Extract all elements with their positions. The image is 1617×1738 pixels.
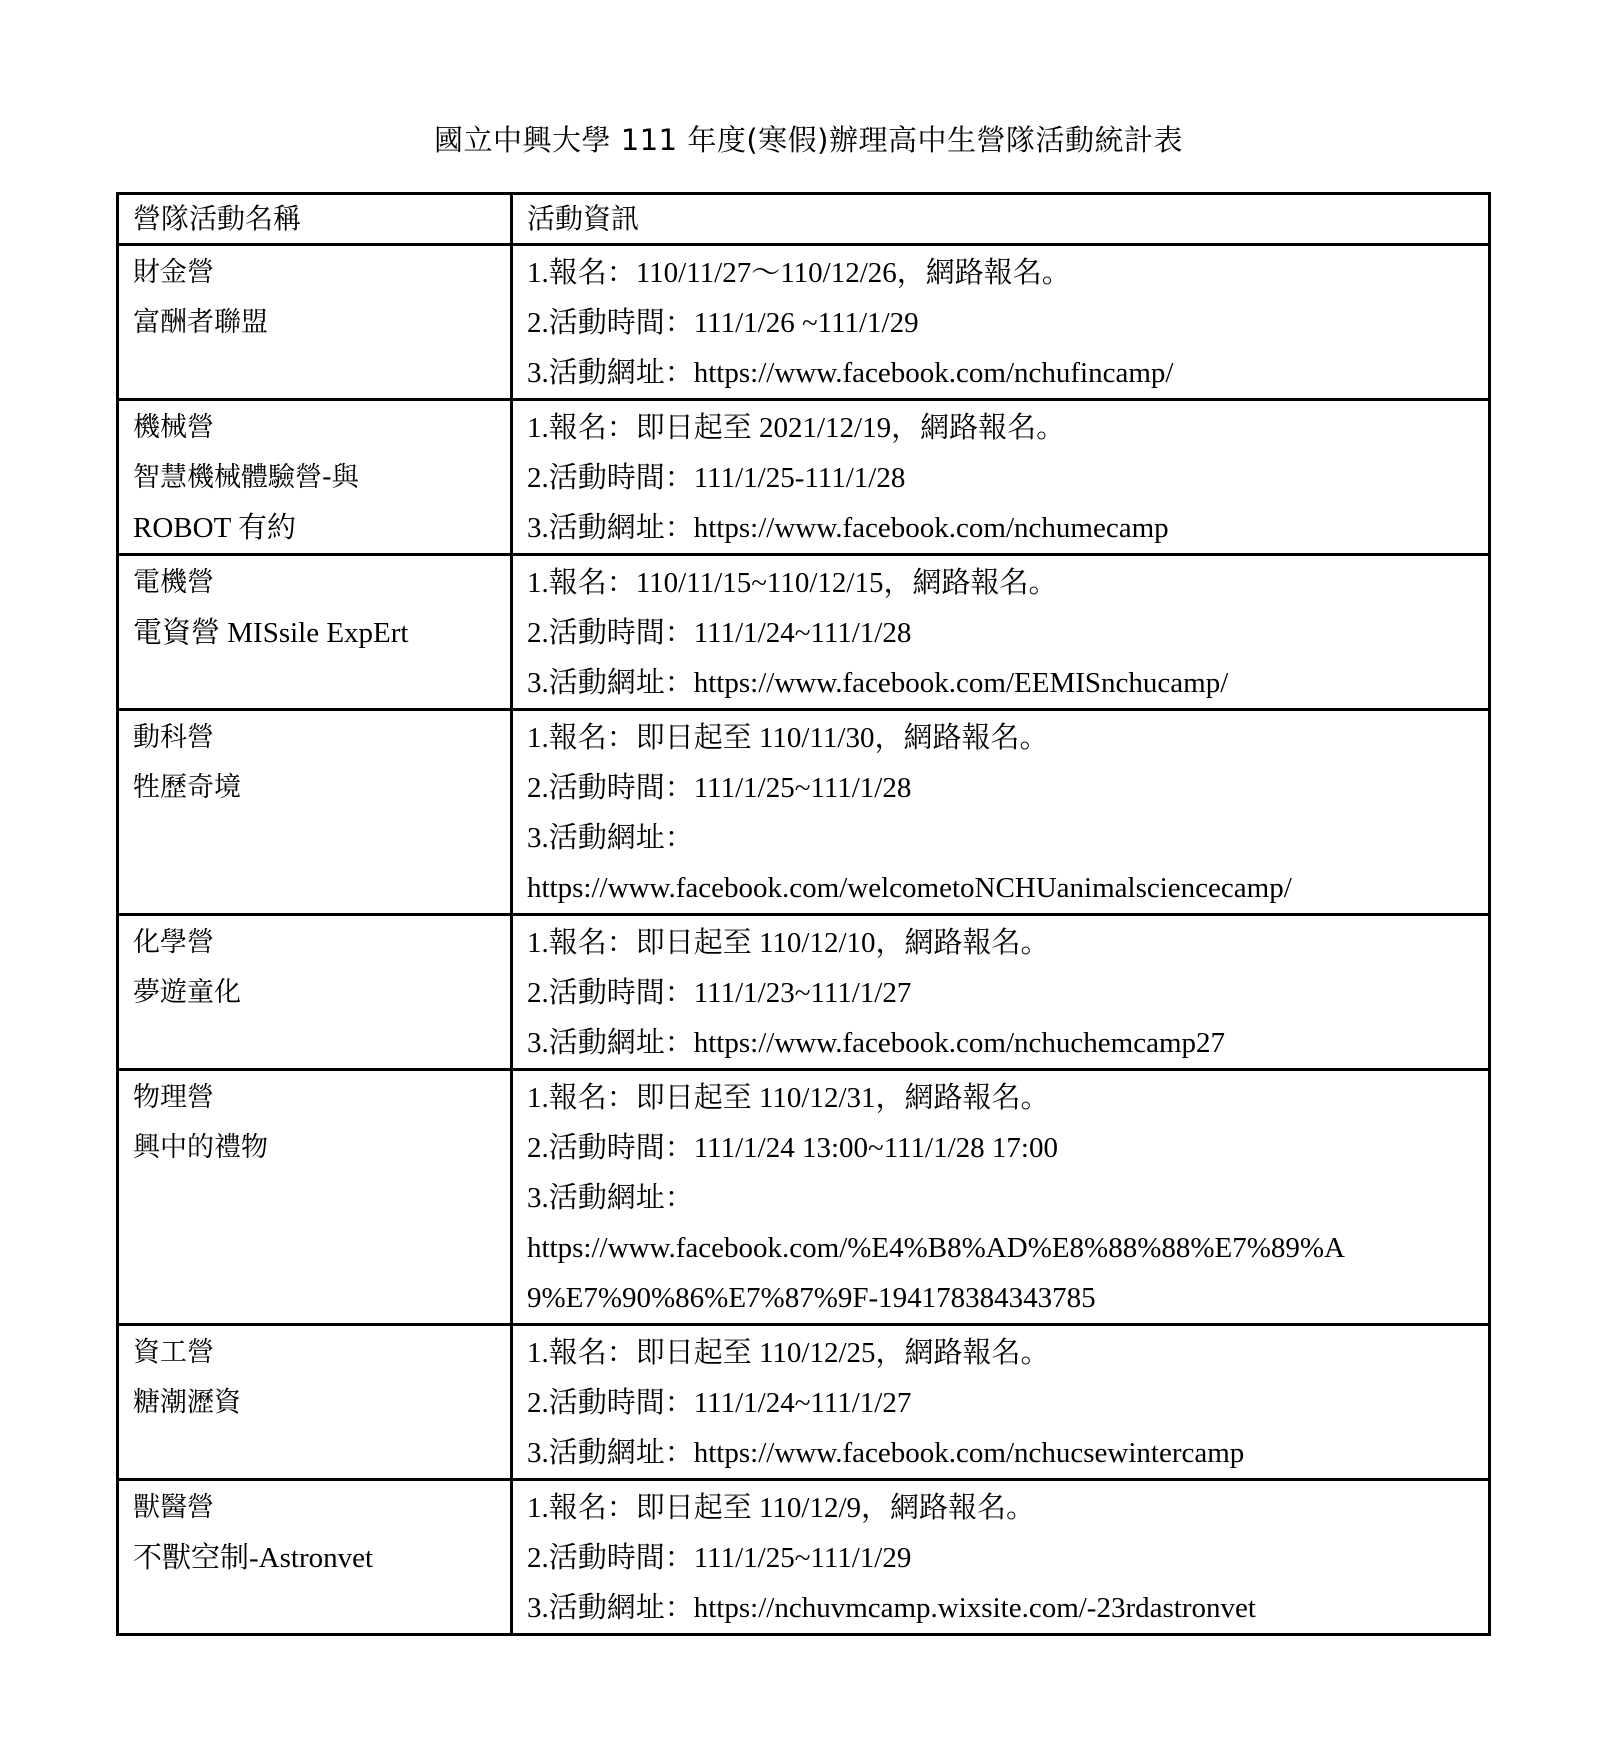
camp-name: 資工營 (133, 1328, 510, 1378)
camp-subtitle: 牲歷奇境 (133, 763, 510, 813)
camp-name: 機械營 (133, 403, 510, 453)
camp-subtitle: 不獸空制-Astronvet (133, 1533, 510, 1583)
registration-info: 1.報名：即日起至 110/12/25，網路報名。 (527, 1328, 1488, 1378)
registration-info: 1.報名：110/11/27～110/12/26，網路報名。 (527, 248, 1488, 298)
activity-time: 2.活動時間：111/1/24 13:00~111/1/28 17:00 (527, 1123, 1488, 1173)
table-row: 動科營 牲歷奇境 1.報名：即日起至 110/11/30，網路報名。 2.活動時… (118, 710, 1490, 915)
camp-activity-table: 營隊活動名稱 活動資訊 財金營 富酬者聯盟 1.報名：110/11/27～110… (116, 192, 1491, 1636)
camp-info-cell: 1.報名：110/11/27～110/12/26，網路報名。 2.活動時間：11… (512, 245, 1490, 400)
camp-name-cell: 電機營 電資營 MISsile ExpErt (118, 555, 512, 710)
column-header-info: 活動資訊 (512, 194, 1490, 245)
camp-name-cell: 資工營 糖潮瀝資 (118, 1325, 512, 1480)
camp-subtitle-cont: ROBOT 有約 (133, 503, 510, 553)
table-row: 資工營 糖潮瀝資 1.報名：即日起至 110/12/25，網路報名。 2.活動時… (118, 1325, 1490, 1480)
camp-info-cell: 1.報名：即日起至 110/12/31，網路報名。 2.活動時間：111/1/2… (512, 1070, 1490, 1325)
camp-name: 獸醫營 (133, 1483, 510, 1533)
table-row: 獸醫營 不獸空制-Astronvet 1.報名：即日起至 110/12/9，網路… (118, 1480, 1490, 1635)
activity-url[interactable]: 3.活動網址：https://nchuvmcamp.wixsite.com/-2… (527, 1583, 1488, 1633)
camp-name: 財金營 (133, 248, 510, 298)
camp-info-cell: 1.報名：即日起至 110/12/9，網路報名。 2.活動時間：111/1/25… (512, 1480, 1490, 1635)
activity-url[interactable]: 3.活動網址：https://www.facebook.com/nchumeca… (527, 503, 1488, 553)
registration-info: 1.報名：即日起至 110/11/30，網路報名。 (527, 713, 1488, 763)
page-title: 國立中興大學 111 年度(寒假)辦理高中生營隊活動統計表 (0, 120, 1617, 160)
camp-info-cell: 1.報名：即日起至 110/12/25，網路報名。 2.活動時間：111/1/2… (512, 1325, 1490, 1480)
registration-info: 1.報名：即日起至 110/12/9，網路報名。 (527, 1483, 1488, 1533)
camp-name-cell: 物理營 興中的禮物 (118, 1070, 512, 1325)
table-row: 機械營 智慧機械體驗營-與 ROBOT 有約 1.報名：即日起至 2021/12… (118, 400, 1490, 555)
camp-name: 物理營 (133, 1073, 510, 1123)
table-header-row: 營隊活動名稱 活動資訊 (118, 194, 1490, 245)
camp-subtitle: 興中的禮物 (133, 1123, 510, 1173)
camp-info-cell: 1.報名：即日起至 110/11/30，網路報名。 2.活動時間：111/1/2… (512, 710, 1490, 915)
activity-url[interactable]: 3.活動網址：https://www.facebook.com/nchucsew… (527, 1428, 1488, 1478)
activity-time: 2.活動時間：111/1/24~111/1/28 (527, 608, 1488, 658)
table-body: 財金營 富酬者聯盟 1.報名：110/11/27～110/12/26，網路報名。… (118, 245, 1490, 1635)
camp-info-cell: 1.報名：即日起至 2021/12/19，網路報名。 2.活動時間：111/1/… (512, 400, 1490, 555)
activity-time: 2.活動時間：111/1/24~111/1/27 (527, 1378, 1488, 1428)
activity-time: 2.活動時間：111/1/25-111/1/28 (527, 453, 1488, 503)
activity-url-label: 3.活動網址： (527, 1173, 1488, 1223)
registration-info: 1.報名：即日起至 110/12/31，網路報名。 (527, 1073, 1488, 1123)
table-row: 物理營 興中的禮物 1.報名：即日起至 110/12/31，網路報名。 2.活動… (118, 1070, 1490, 1325)
camp-name-cell: 動科營 牲歷奇境 (118, 710, 512, 915)
table-row: 化學營 夢遊童化 1.報名：即日起至 110/12/10，網路報名。 2.活動時… (118, 915, 1490, 1070)
camp-name-cell: 化學營 夢遊童化 (118, 915, 512, 1070)
camp-subtitle: 夢遊童化 (133, 968, 510, 1018)
registration-info: 1.報名：110/11/15~110/12/15，網路報名。 (527, 558, 1488, 608)
column-header-name: 營隊活動名稱 (118, 194, 512, 245)
camp-info-cell: 1.報名：即日起至 110/12/10，網路報名。 2.活動時間：111/1/2… (512, 915, 1490, 1070)
activity-time: 2.活動時間：111/1/23~111/1/27 (527, 968, 1488, 1018)
activity-time: 2.活動時間：111/1/25~111/1/28 (527, 763, 1488, 813)
camp-name-cell: 獸醫營 不獸空制-Astronvet (118, 1480, 512, 1635)
registration-info: 1.報名：即日起至 110/12/10，網路報名。 (527, 918, 1488, 968)
camp-name: 動科營 (133, 713, 510, 763)
camp-subtitle: 智慧機械體驗營-與 (133, 453, 510, 503)
activity-url[interactable]: https://www.facebook.com/%E4%B8%AD%E8%88… (527, 1223, 1488, 1273)
activity-url[interactable]: https://www.facebook.com/welcometoNCHUan… (527, 863, 1488, 913)
activity-url[interactable]: 3.活動網址：https://www.facebook.com/nchufinc… (527, 348, 1488, 398)
camp-name: 電機營 (133, 558, 510, 608)
camp-subtitle: 糖潮瀝資 (133, 1378, 510, 1428)
camp-subtitle: 富酬者聯盟 (133, 298, 510, 348)
table-row: 電機營 電資營 MISsile ExpErt 1.報名：110/11/15~11… (118, 555, 1490, 710)
camp-name-cell: 機械營 智慧機械體驗營-與 ROBOT 有約 (118, 400, 512, 555)
activity-time: 2.活動時間：111/1/26 ~111/1/29 (527, 298, 1488, 348)
activity-url[interactable]: 3.活動網址：https://www.facebook.com/EEMISnch… (527, 658, 1488, 708)
activity-url-label: 3.活動網址： (527, 813, 1488, 863)
camp-name-cell: 財金營 富酬者聯盟 (118, 245, 512, 400)
activity-url[interactable]: 3.活動網址：https://www.facebook.com/nchuchem… (527, 1018, 1488, 1068)
camp-subtitle: 電資營 MISsile ExpErt (133, 608, 510, 658)
table-row: 財金營 富酬者聯盟 1.報名：110/11/27～110/12/26，網路報名。… (118, 245, 1490, 400)
camp-info-cell: 1.報名：110/11/15~110/12/15，網路報名。 2.活動時間：11… (512, 555, 1490, 710)
camp-name: 化學營 (133, 918, 510, 968)
activity-time: 2.活動時間：111/1/25~111/1/29 (527, 1533, 1488, 1583)
registration-info: 1.報名：即日起至 2021/12/19，網路報名。 (527, 403, 1488, 453)
activity-url-cont[interactable]: 9%E7%90%86%E7%87%9F-194178384343785 (527, 1273, 1488, 1323)
